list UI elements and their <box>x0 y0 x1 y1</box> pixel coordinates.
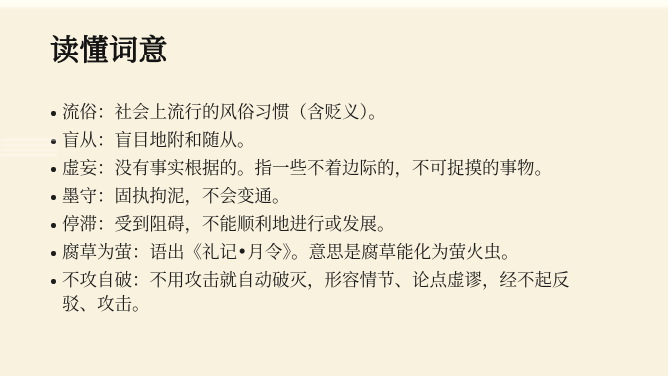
bullet-icon <box>51 251 56 256</box>
bullet-icon <box>51 139 56 144</box>
bullet-icon <box>51 279 56 284</box>
bullet-item: 墨守：固执拘泥，不会变通。 <box>51 185 577 209</box>
bullet-text: 虚妄：没有事实根据的。指一些不着边际的，不可捉摸的事物。 <box>62 159 552 179</box>
bullet-icon <box>51 167 56 172</box>
bullet-text: 不攻自破：不用攻击就自动破灭，形容情节、论点虚谬，经不起反驳、攻击。 <box>62 271 570 315</box>
bullet-text: 流俗：社会上流行的风俗习惯（含贬义）。 <box>62 103 386 123</box>
bullet-text: 墨守：固执拘泥，不会变通。 <box>62 187 290 207</box>
watermark-artifact <box>0 139 58 158</box>
bullet-item: 停滞：受到阻碍，不能顺利地进行或发展。 <box>51 213 577 237</box>
bullet-icon <box>51 195 56 200</box>
presentation-slide: 读懂词意 流俗：社会上流行的风俗习惯（含贬义）。盲从：盲目地附和随从。虚妄：没有… <box>0 0 668 376</box>
bullet-item: 虚妄：没有事实根据的。指一些不着边际的，不可捉摸的事物。 <box>51 157 577 181</box>
bullet-icon <box>51 223 56 228</box>
bullet-icon <box>51 111 56 116</box>
bullet-item: 腐草为萤：语出《礼记•月令》。意思是腐草能化为萤火虫。 <box>51 241 577 265</box>
bullet-item: 不攻自破：不用攻击就自动破灭，形容情节、论点虚谬，经不起反驳、攻击。 <box>51 269 577 317</box>
slide-title: 读懂词意 <box>50 33 168 69</box>
bullet-text: 腐草为萤：语出《礼记•月令》。意思是腐草能化为萤火虫。 <box>62 243 519 263</box>
bullet-list: 流俗：社会上流行的风俗习惯（含贬义）。盲从：盲目地附和随从。虚妄：没有事实根据的… <box>51 101 577 321</box>
slide-top-edge <box>0 0 668 10</box>
bullet-text: 盲从：盲目地附和随从。 <box>62 131 255 151</box>
bullet-text: 停滞：受到阻碍，不能顺利地进行或发展。 <box>62 215 395 235</box>
bullet-item: 流俗：社会上流行的风俗习惯（含贬义）。 <box>51 101 577 125</box>
bullet-item: 盲从：盲目地附和随从。 <box>51 129 577 153</box>
